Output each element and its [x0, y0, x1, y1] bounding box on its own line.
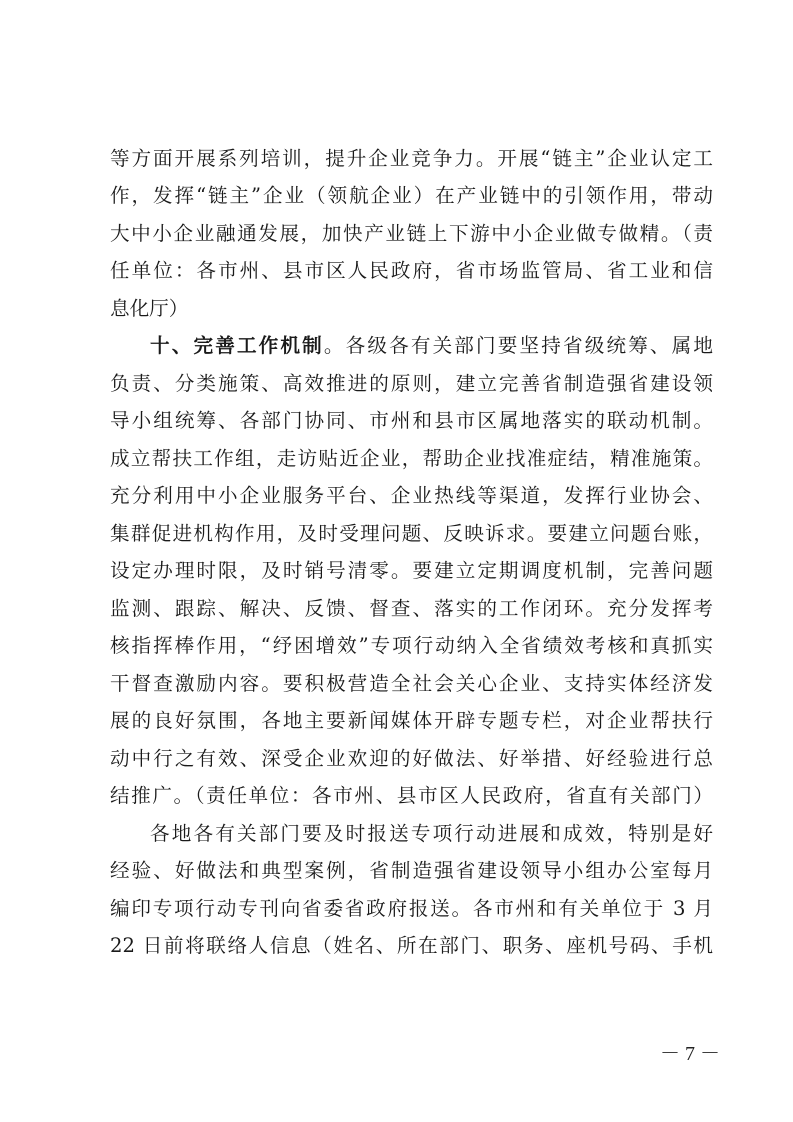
text-line: 导小组统筹、各部门协同、市州和县市区属地落实的联动机制。	[110, 406, 713, 436]
text-line: 设定办理时限，及时销号清零。要建立定期调度机制，完善问题	[110, 556, 713, 586]
text-line: 经验、好做法和典型案例，省制造强省建设领导小组办公室每月	[110, 856, 713, 886]
text-line: 22 日前将联络人信息（姓名、所在部门、职务、座机号码、手机	[110, 931, 713, 961]
text-line: 息化厅）	[110, 294, 713, 324]
text-line: 各地各有关部门要及时报送专项行动进展和成效，特别是好	[150, 819, 713, 849]
text-line: 动中行之有效、深受企业欢迎的好做法、好举措、好经验进行总	[110, 744, 713, 774]
text-line: 展的良好氛围，各地主要新闻媒体开辟专题专栏，对企业帮扶行	[110, 706, 713, 736]
text-line: 充分利用中小企业服务平台、企业热线等渠道，发挥行业协会、	[110, 481, 713, 511]
text-line: 干督查激励内容。要积极营造全社会关心企业、支持实体经济发	[110, 669, 713, 699]
text-line: 负责、分类施策、高效推进的原则，建立完善省制造强省建设领	[110, 369, 713, 399]
text-line: 集群促进机构作用，及时受理问题、反映诉求。要建立问题台账，	[110, 519, 713, 549]
section-heading-rest: 。各级各有关部门要坚持省级统筹、属地	[324, 334, 713, 357]
text-line: 成立帮扶工作组，走访贴近企业，帮助企业找准症结，精准施策。	[110, 444, 713, 474]
text-line: 监测、跟踪、解决、反馈、督查、落实的工作闭环。充分发挥考	[110, 594, 713, 624]
text-line: 核指挥棒作用，“纾困增效”专项行动纳入全省绩效考核和真抓实	[110, 631, 713, 661]
text-line: 结推广。（责任单位：各市州、县市区人民政府，省直有关部门）	[110, 781, 713, 811]
document-page: 等方面开展系列培训，提升企业竞争力。开展“链主”企业认定工 作，发挥“链主”企业…	[0, 0, 793, 1122]
text-line: 任单位：各市州、县市区人民政府，省市场监管局、省工业和信	[110, 256, 713, 286]
text-line: 等方面开展系列培训，提升企业竞争力。开展“链主”企业认定工	[110, 144, 713, 174]
text-line: 作，发挥“链主”企业（领航企业）在产业链中的引领作用，带动	[110, 181, 713, 211]
section-heading: 十、完善工作机制	[150, 334, 324, 357]
text-line: 大中小企业融通发展，加快产业链上下游中小企业做专做精。（责	[110, 219, 713, 249]
text-line: 编印专项行动专刊向省委省政府报送。各市州和有关单位于 3 月	[110, 894, 713, 924]
page-number: － 7 －	[660, 1040, 720, 1068]
section-heading-line: 十、完善工作机制。各级各有关部门要坚持省级统筹、属地	[150, 331, 713, 361]
